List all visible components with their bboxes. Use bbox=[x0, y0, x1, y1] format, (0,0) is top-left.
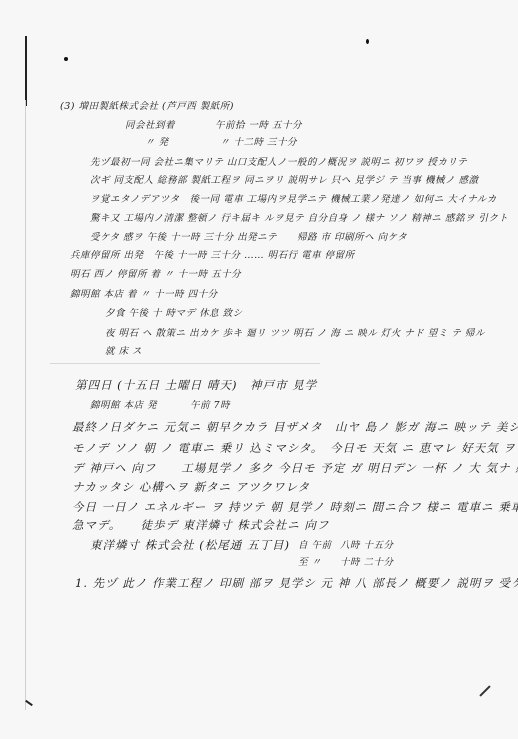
text-line: 錦明館 本店 着 〃 十一時 四十分 bbox=[70, 289, 218, 301]
departure-label: 錦明館 本店 発 bbox=[90, 400, 157, 412]
text-line: ナカッタシ 心構ヘヲ 新タニ アツクワレタ bbox=[72, 480, 310, 494]
page-edge-mark bbox=[25, 36, 27, 106]
text-line: 兵庫停留所 出発 午後 十一時 三十分 …… 明石行 電車 停留所 bbox=[70, 250, 355, 262]
departure-label: 〃 発 bbox=[145, 137, 169, 149]
text-line: 就 床 ス bbox=[105, 346, 142, 358]
visit-from-label: 自 午前 bbox=[298, 540, 332, 552]
text-line: 次ギ 同支配人 総務部 製紙工程ヲ 同ニヲリ 説明サレ 只ヘ 見学ジ テ 当事 … bbox=[90, 175, 479, 187]
visit-to-label: 至 〃 bbox=[298, 557, 322, 569]
page-corner-mark bbox=[25, 700, 33, 706]
text-line: デ 神戸ヘ 向フ 工場見学ノ 多ク 今日モ 予定 ガ 明日デン 一杯 ノ 大 気… bbox=[72, 461, 518, 475]
text-line: 最終ノ日ダケニ 元気ニ 朝早クカラ 目ザメタ 山ヤ 島ノ 影ガ 海ニ 映ッテ 美… bbox=[72, 420, 518, 434]
company-name: 東洋燐寸 株式会社 (松尾通 五丁目) bbox=[90, 538, 290, 552]
text-line: モノデ ソノ 朝 ノ 電車ニ 乗リ 込ミマシタ。 今日モ 天気 ニ 恵マレ 好天… bbox=[72, 441, 518, 455]
arrival-time: 午前拾 一時 五十分 bbox=[215, 120, 302, 132]
ink-mark bbox=[366, 39, 369, 44]
departure-time: 午前 7時 bbox=[190, 400, 230, 412]
section-heading: (3) 増田製紙株式会社 (芦戸西 製紙所) bbox=[60, 101, 234, 113]
text-line: 夜 明石 ヘ 散策ニ 出カケ 歩キ 廻リ ツツ 明石 ノ 海 ニ 映ル 灯火 ナ… bbox=[105, 328, 485, 340]
text-line: 明石 西ノ 停留所 着 〃 十一時 五十分 bbox=[70, 269, 241, 281]
text-line: 急マデ。 徒歩デ 東洋燐寸 株式会社ニ 向フ bbox=[72, 518, 329, 532]
visit-from-time: 八時 十五分 bbox=[340, 540, 394, 552]
faint-divider bbox=[50, 363, 320, 364]
ink-dot bbox=[64, 57, 68, 61]
numbered-item: 1. 先ヅ 此ノ 作業工程ノ 印刷 部ヲ 見学シ 元 神 八 部長ノ 概要ノ 説… bbox=[75, 576, 518, 590]
day-heading: 第四日 (十五日 土曜日 晴天) 神戸市 見学 bbox=[75, 378, 317, 392]
text-line: 受ケタ 感ヲ 午後 十一時 三十分 出発ニテ 帰路 市 印刷所ヘ 向ケタ bbox=[90, 232, 407, 244]
text-line: 今日 一日ノ エネルギー ヲ 持ツテ 朝 見学ノ 時刻ニ 間ニ合フ 様ニ 電車ニ… bbox=[72, 500, 518, 514]
text-line: 夕食 午後 十 時マデ 休息 致シ bbox=[105, 308, 243, 320]
page-edge-shadow bbox=[25, 100, 26, 710]
scanned-document-page: (3) 増田製紙株式会社 (芦戸西 製紙所) 同会社到着 午前拾 一時 五十分 … bbox=[0, 0, 518, 739]
visit-to-time: 十時 二十分 bbox=[340, 557, 394, 569]
arrival-label: 同会社到着 bbox=[125, 120, 175, 132]
text-line: 先ヅ最初一同 会社ニ集マリテ 山口支配人ノ一般的ノ概況ヲ 説明ニ 初ワヲ 授カリ… bbox=[90, 157, 467, 169]
text-line: ヲ覚エタノデアツタ 後一同 電車 工場内ヲ見学ニテ 機械工業ノ発達ノ 如何ニ 大… bbox=[90, 194, 497, 206]
departure-time: 〃 十二時 三十分 bbox=[220, 137, 297, 149]
page-corner-mark bbox=[479, 685, 490, 696]
text-line: 驚キ又 工場内ノ清潔 整頓ノ 行キ届キ ルヲ見テ 自分自身 ノ 様ナ ソノ 精神… bbox=[90, 213, 508, 225]
